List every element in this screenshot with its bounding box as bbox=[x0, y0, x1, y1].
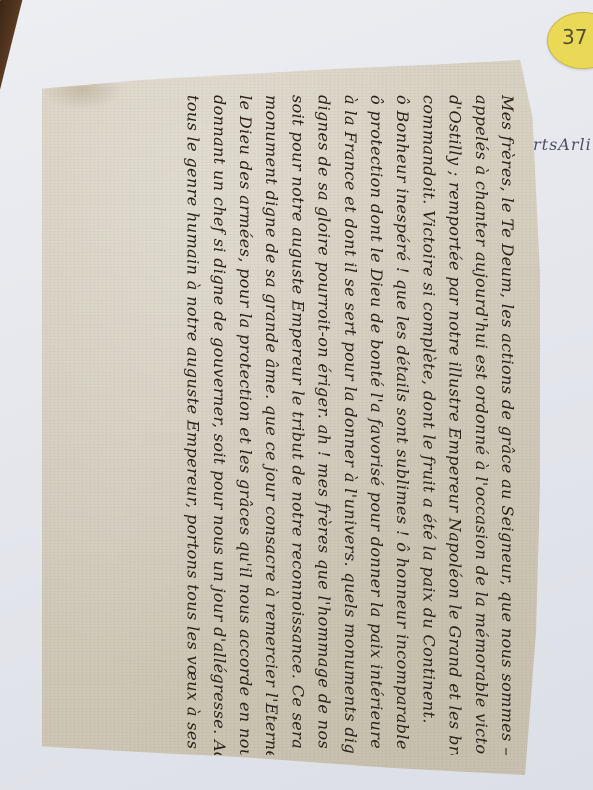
manuscript-text: Mes frères, le Te Deum, les actions de g… bbox=[80, 95, 520, 755]
wooden-table-edge bbox=[0, 0, 24, 89]
manuscript-line: donnant un chef si digne de gouverner, s… bbox=[206, 95, 232, 755]
manuscript-line: commandoit. Victoire si complète, dont l… bbox=[415, 95, 441, 755]
background-handwriting: rtsArli bbox=[533, 135, 592, 154]
manuscript-line: tous le genre humain à notre auguste Emp… bbox=[179, 95, 205, 755]
manuscript-line: soit pour notre auguste Empereur le trib… bbox=[284, 95, 310, 755]
manuscript-line: dignes de sa gloire pourroit-on ériger. … bbox=[310, 95, 336, 755]
page-number-sticker: 37 bbox=[547, 12, 593, 69]
sticker-label: 37 bbox=[562, 25, 587, 49]
manuscript-line: à la France et dont il se sert pour la d… bbox=[337, 95, 363, 755]
manuscript-line: ô protection dont le Dieu de bonté l'a f… bbox=[363, 95, 389, 755]
manuscript-line: Mes frères, le Te Deum, les actions de g… bbox=[494, 95, 520, 755]
manuscript-line: le Dieu des armées, pour la protection e… bbox=[232, 95, 258, 755]
manuscript-line: appelés à chanter aujourd'hui est ordonn… bbox=[468, 95, 494, 755]
manuscript-line: d'Ostilly ; remportée par notre illustre… bbox=[441, 95, 467, 755]
manuscript-line: monument digne de sa grande âme. que ce … bbox=[258, 95, 284, 755]
manuscript-line: ô Bonheur inespéré ! que les détails son… bbox=[389, 95, 415, 755]
